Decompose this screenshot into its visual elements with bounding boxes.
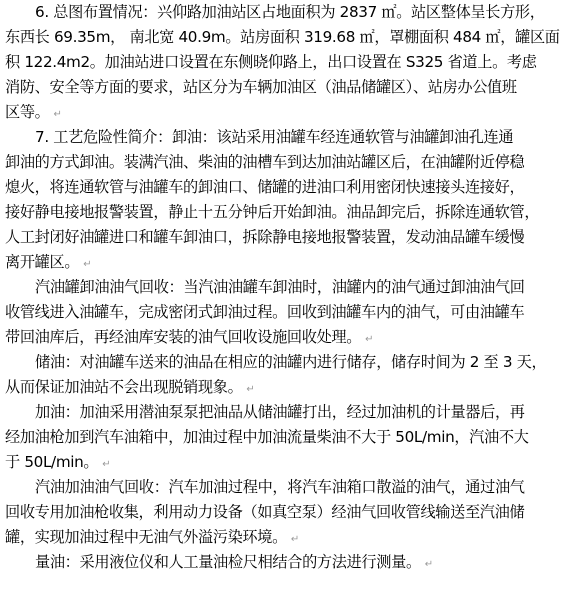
text-line: 量油：采用液位仪和人工量油检尺相结合的方法进行测量。↵ <box>5 550 561 575</box>
document-body: 6. 总图布置情况：兴仰路加油站区占地面积为 2837 ㎡。站区整体呈长方形， … <box>5 0 561 575</box>
paragraph-mark-icon: ↵ <box>246 384 254 395</box>
text-line: 消防、安全等方面的要求，站区分为车辆加油区（油品储罐区）、站房办公值班 <box>5 75 561 100</box>
text-line: 7. 工艺危险性简介：卸油：该站采用油罐车经连通软管与油罐卸油孔连通 <box>5 125 561 150</box>
paragraph-mark-icon: ↵ <box>365 334 373 345</box>
text-line-content: 于 50L/min。 <box>5 453 98 471</box>
paragraph-refueling-vapor-recovery: 汽油加油油气回收：汽车加油过程中，将汽车油箱口散溢的油气，通过油气 回收专用加油… <box>5 475 561 550</box>
paragraph-layout: 6. 总图布置情况：兴仰路加油站区占地面积为 2837 ㎡。站区整体呈长方形， … <box>5 0 561 125</box>
text-line-content: 区等。 <box>5 103 50 121</box>
paragraph-mark-icon: ↵ <box>102 459 110 470</box>
text-line: 经加油枪加到汽车油箱中，加油过程中加油流量柴油不大于 50L/min，汽油不大 <box>5 425 561 450</box>
text-line: 从而保证加油站不会出现脱销现象。↵ <box>5 375 561 400</box>
paragraph-mark-icon: ↵ <box>425 559 433 570</box>
text-line: 接好静电接地报警装置，静止十五分钟后开始卸油。油品卸完后，拆除连通软管， <box>5 200 561 225</box>
text-line: 加油：加油采用潜油泵泵把油品从储油罐打出，经过加油机的计量器后，再 <box>5 400 561 425</box>
paragraph-refueling: 加油：加油采用潜油泵泵把油品从储油罐打出，经过加油机的计量器后，再 经加油枪加到… <box>5 400 561 475</box>
text-line: 卸油的方式卸油。装满汽油、柴油的油槽车到达加油站罐区后，在油罐附近停稳 <box>5 150 561 175</box>
text-line: 汽油罐卸油油气回收：当汽油油罐车卸油时，油罐内的油气通过卸油油气回 <box>5 275 561 300</box>
text-line: 东西长 69.35m， 南北宽 40.9m。站房面积 319.68 ㎡，罩棚面积… <box>5 25 561 50</box>
text-line-content: 罐，实现加油过程中无油气外溢污染环境。 <box>5 528 287 546</box>
text-line: 于 50L/min。↵ <box>5 450 561 475</box>
text-line: 熄火，将连通软管与油罐车的卸油口、储罐的进油口利用密闭快速接头连接好， <box>5 175 561 200</box>
text-line: 收管线进入油罐车，完成密闭式卸油过程。回收到油罐车内的油气，可由油罐车 <box>5 300 561 325</box>
paragraph-unloading-vapor-recovery: 汽油罐卸油油气回收：当汽油油罐车卸油时，油罐内的油气通过卸油油气回 收管线进入油… <box>5 275 561 350</box>
text-line: 离开罐区。↵ <box>5 250 561 275</box>
paragraph-mark-icon: ↵ <box>54 109 62 120</box>
text-line: 积 122.4m2。加油站进口设置在东侧晓仰路上，出口设置在 S325 省道上。… <box>5 50 561 75</box>
text-line: 汽油加油油气回收：汽车加油过程中，将汽车油箱口散溢的油气，通过油气 <box>5 475 561 500</box>
text-line: 6. 总图布置情况：兴仰路加油站区占地面积为 2837 ㎡。站区整体呈长方形， <box>5 0 561 25</box>
text-line: 储油：对油罐车送来的油品在相应的油罐内进行储存，储存时间为 2 至 3 天， <box>5 350 561 375</box>
paragraph-mark-icon: ↵ <box>291 534 299 545</box>
paragraph-process-hazard: 7. 工艺危险性简介：卸油：该站采用油罐车经连通软管与油罐卸油孔连通 卸油的方式… <box>5 125 561 275</box>
paragraph-storage: 储油：对油罐车送来的油品在相应的油罐内进行储存，储存时间为 2 至 3 天， 从… <box>5 350 561 400</box>
text-line: 罐，实现加油过程中无油气外溢污染环境。↵ <box>5 525 561 550</box>
text-line: 回收专用加油枪收集，利用动力设备（如真空泵）经油气回收管线输送至汽油储 <box>5 500 561 525</box>
text-line-content: 量油：采用液位仪和人工量油检尺相结合的方法进行测量。 <box>35 553 421 571</box>
text-line: 区等。↵ <box>5 100 561 125</box>
paragraph-mark-icon: ↵ <box>83 259 91 270</box>
text-line: 带回油库后，再经油库安装的油气回收设施回收处理。↵ <box>5 325 561 350</box>
text-line-content: 从而保证加油站不会出现脱销现象。 <box>5 378 242 396</box>
text-line-content: 带回油库后，再经油库安装的油气回收设施回收处理。 <box>5 328 361 346</box>
text-line: 人工封闭好油罐进口和罐车卸油口，拆除静电接地报警装置，发动油品罐车缓慢 <box>5 225 561 250</box>
text-line-content: 离开罐区。 <box>5 253 79 271</box>
paragraph-gauging: 量油：采用液位仪和人工量油检尺相结合的方法进行测量。↵ <box>5 550 561 575</box>
